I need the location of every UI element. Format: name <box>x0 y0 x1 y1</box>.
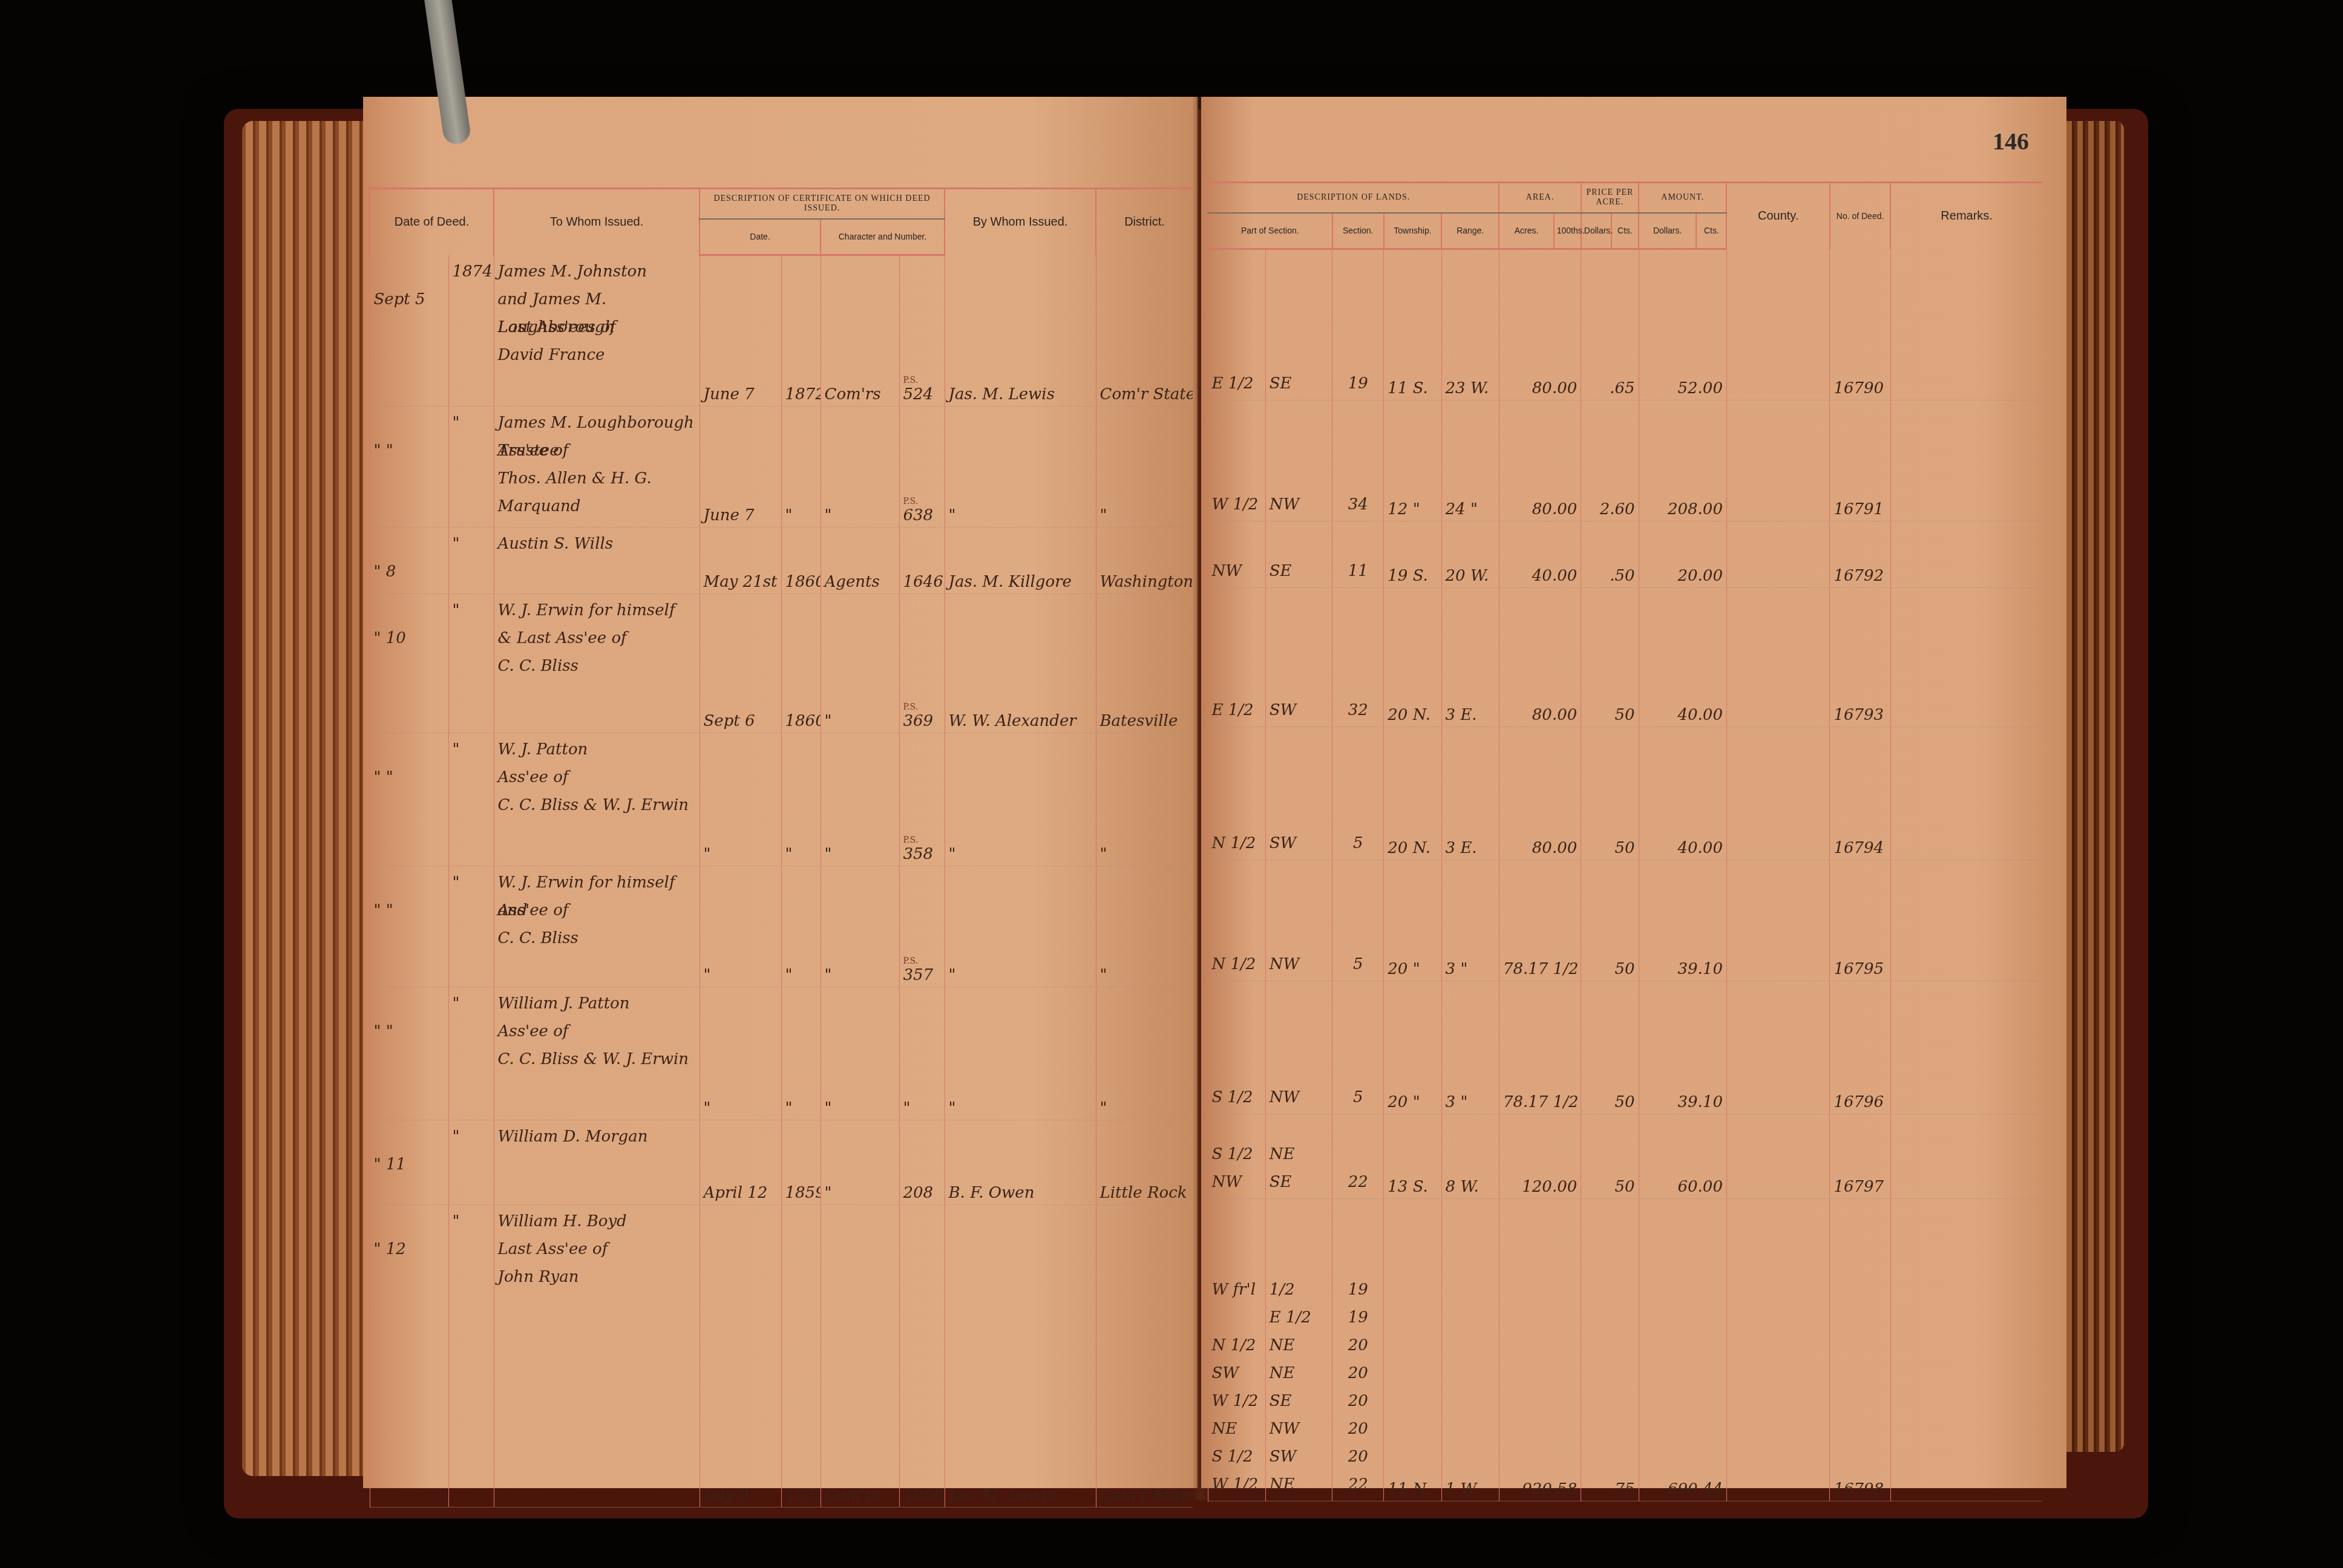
range: 1 W. <box>1441 1199 1499 1501</box>
amount: 208.00 <box>1639 400 1726 521</box>
deed-number: 16794 <box>1830 727 1890 860</box>
section-number: 19 <box>1332 249 1384 400</box>
acres: 120.00 <box>1499 1114 1581 1199</box>
deed-row: Sept 51874James M. Johnstonand James M. … <box>370 255 1193 407</box>
remarks <box>1890 860 2042 981</box>
amount: 39.10 <box>1639 860 1726 981</box>
grantee-line: Ass'ee of <box>498 897 696 924</box>
deed-row: " ""William J. PattonAss'ee ofC. C. Blis… <box>370 987 1193 1120</box>
cert-number: " <box>903 1099 911 1117</box>
district: Washington <box>1096 528 1193 594</box>
cert-year: 1860 <box>781 528 821 594</box>
part-of-section-quarter: NESE <box>1265 1114 1332 1199</box>
township: 11 N. <box>1384 1199 1441 1501</box>
header-area-group: Area. <box>1499 183 1581 213</box>
part-of-section-fraction: S 1/2 <box>1208 981 1265 1114</box>
district: " <box>1096 987 1193 1120</box>
deed-number: 16790 <box>1830 249 1890 400</box>
remarks <box>1890 249 2042 400</box>
deed-year: " <box>448 1205 494 1508</box>
deed-year: " <box>448 733 494 866</box>
acres: 920.58 <box>1499 1199 1581 1501</box>
deed-month: " 10 <box>370 594 448 733</box>
grantee-line: Last Ass'ees of <box>498 313 696 341</box>
header-section: Section. <box>1332 213 1384 249</box>
issued-by: W. W. Alexander <box>945 594 1096 733</box>
county <box>1726 400 1829 521</box>
district: Com'r State <box>1096 255 1193 407</box>
grantee-line: Ass'ee of <box>498 1018 696 1045</box>
amount: 40.00 <box>1639 727 1726 860</box>
cert-number-cell: 1856 <box>899 1205 945 1508</box>
land-row: W fr'lN 1/2SWW 1/2NES 1/2W 1/21/2E 1/2NE… <box>1208 1199 2042 1501</box>
grantee-line: and James M. Loughborough <box>498 286 696 313</box>
grantee-cell: W. J. Erwin for himself andAss'ee ofC. C… <box>494 866 700 987</box>
deed-row: " ""W. J. Erwin for himself andAss'ee of… <box>370 866 1193 987</box>
county <box>1726 249 1829 400</box>
header-county: County. <box>1726 183 1829 249</box>
header-district: District. <box>1096 189 1193 255</box>
cert-date: July 9 <box>700 1205 781 1508</box>
district: " <box>1096 733 1193 866</box>
cert-character: " <box>821 407 899 528</box>
cert-number: 1646 <box>903 573 943 591</box>
header-character-number: Character and Number. <box>821 219 945 255</box>
header-amount-cents: Cts. <box>1696 213 1726 249</box>
issued-by: Jas. M. Lewis <box>945 255 1096 407</box>
ps-mark: P.S. <box>903 835 941 845</box>
grantee-line: William D. Morgan <box>498 1123 696 1151</box>
grantee-cell: William H. BoydLast Ass'ee ofJohn Ryan <box>494 1205 700 1508</box>
cert-year: 1872 <box>781 255 821 407</box>
cert-number: 357 <box>903 966 934 984</box>
deed-month: " " <box>370 407 448 528</box>
header-remarks: Remarks. <box>1890 183 2042 249</box>
grantee-line: C. C. Bliss & W. J. Erwin <box>498 791 696 819</box>
township: 20 " <box>1384 860 1441 981</box>
amount: 60.00 <box>1639 1114 1726 1199</box>
land-row: S 1/2NWNESE2213 S.8 W.120.005060.0016797 <box>1208 1114 2042 1199</box>
deed-month: " 11 <box>370 1120 448 1205</box>
right-page: 146 Description of Lands. Area. Price Pe… <box>1201 97 2066 1488</box>
cert-number-cell: P.S.369 <box>899 594 945 733</box>
land-row: E 1/2SW3220 N.3 E.80.005040.0016793 <box>1208 588 2042 727</box>
county <box>1726 981 1829 1114</box>
price-per-acre: .75 <box>1581 1199 1639 1501</box>
deed-year: " <box>448 407 494 528</box>
header-price-cents: Cts. <box>1611 213 1639 249</box>
header-cert-date: Date. <box>700 219 821 255</box>
part-of-section-fraction: S 1/2NW <box>1208 1114 1265 1199</box>
grantee-line: William H. Boyd <box>498 1207 696 1235</box>
part-of-section-fraction: E 1/2 <box>1208 588 1265 727</box>
township: 20 N. <box>1384 727 1441 860</box>
remarks <box>1890 521 2042 588</box>
part-of-section-quarter: 1/2E 1/2NENESENWSWNE <box>1265 1199 1332 1501</box>
district: Batesville <box>1096 594 1193 733</box>
deed-year: " <box>448 1120 494 1205</box>
cert-number: 638 <box>903 506 934 524</box>
deed-certificate-table: Date of Deed. To Whom Issued. Descriptio… <box>369 188 1193 1508</box>
section-number: 1919202020202022 <box>1332 1199 1384 1501</box>
grantee-line: Ass'ee of <box>498 437 696 465</box>
deed-number: 16797 <box>1830 1114 1890 1199</box>
grantee-line: Ass'ee of <box>498 763 696 791</box>
grantee-line: & Last Ass'ee of <box>498 624 696 652</box>
header-to-whom-issued: To Whom Issued. <box>494 189 700 255</box>
part-of-section-quarter: NW <box>1265 400 1332 521</box>
deed-month: " " <box>370 733 448 866</box>
part-of-section-quarter: SE <box>1265 249 1332 400</box>
section-number: 5 <box>1332 981 1384 1114</box>
part-of-section-quarter: SW <box>1265 727 1332 860</box>
cert-number: 524 <box>903 385 934 403</box>
deed-month: " " <box>370 866 448 987</box>
price-per-acre: 50 <box>1581 727 1639 860</box>
cert-date: May 21st <box>700 528 781 594</box>
remarks <box>1890 1199 2042 1501</box>
cert-number-cell: " <box>899 987 945 1120</box>
amount: 39.10 <box>1639 981 1726 1114</box>
cert-date: April 12 <box>700 1120 781 1205</box>
part-of-section-fraction: W fr'lN 1/2SWW 1/2NES 1/2W 1/2 <box>1208 1199 1265 1501</box>
acres: 80.00 <box>1499 588 1581 727</box>
remarks <box>1890 400 2042 521</box>
header-amount-group: Amount. <box>1639 183 1726 213</box>
county <box>1726 521 1829 588</box>
range: 20 W. <box>1441 521 1499 588</box>
cert-character: " <box>821 866 899 987</box>
amount: 690.44 <box>1639 1199 1726 1501</box>
grantee-cell: James M. Loughborough TrusteeAss'ee ofTh… <box>494 407 700 528</box>
deed-year: " <box>448 528 494 594</box>
header-certificate-group: Description of Certificate on which Deed… <box>700 189 945 219</box>
district: Little Rock <box>1096 1120 1193 1205</box>
township: 20 " <box>1384 981 1441 1114</box>
ps-mark: P.S. <box>903 956 941 966</box>
header-lands-group: Description of Lands. <box>1208 183 1499 213</box>
grantee-cell: Austin S. Wills <box>494 528 700 594</box>
section-number: 5 <box>1332 860 1384 981</box>
land-row: N 1/2SW520 N.3 E.80.005040.0016794 <box>1208 727 2042 860</box>
grantee-cell: W. J. Erwin for himself& Last Ass'ee ofC… <box>494 594 700 733</box>
county <box>1726 588 1829 727</box>
cert-year: " <box>781 407 821 528</box>
remarks <box>1890 981 2042 1114</box>
grantee-line: Thos. Allen & H. G. Marquand <box>498 465 696 492</box>
deed-row: " 11"William D. MorganApril 121859"208B.… <box>370 1120 1193 1205</box>
range: 8 W. <box>1441 1114 1499 1199</box>
deed-row: " 10"W. J. Erwin for himself& Last Ass'e… <box>370 594 1193 733</box>
cert-number-cell: P.S.638 <box>899 407 945 528</box>
part-of-section-quarter: SE <box>1265 521 1332 588</box>
header-price-group: Price Per Acre. <box>1581 183 1639 213</box>
issued-by: Jas. M. Killgore <box>945 528 1096 594</box>
deed-month: " " <box>370 987 448 1120</box>
section-number: 34 <box>1332 400 1384 521</box>
range: 3 E. <box>1441 588 1499 727</box>
cert-date: " <box>700 987 781 1120</box>
grantee-line: W. J. Erwin for himself and <box>498 869 696 897</box>
header-price-dollars: Dollars. <box>1581 213 1611 249</box>
cert-year: 1859 <box>781 1120 821 1205</box>
township: 20 N. <box>1384 588 1441 727</box>
county <box>1726 1114 1829 1199</box>
issued-by: " <box>945 733 1096 866</box>
cert-number: 1856 <box>903 1486 943 1504</box>
cert-character: Com'rs <box>821 255 899 407</box>
range: 3 " <box>1441 860 1499 981</box>
grantee-line: C. C. Bliss <box>498 652 696 680</box>
price-per-acre: 50 <box>1581 981 1639 1114</box>
range: 23 W. <box>1441 249 1499 400</box>
right-page-edges <box>2063 121 2124 1452</box>
header-acres: Acres. <box>1499 213 1553 249</box>
land-row: N 1/2NW520 "3 "78.17 1/25039.1016795 <box>1208 860 2042 981</box>
part-of-section-fraction: NW <box>1208 521 1265 588</box>
grantee-line: C. C. Bliss <box>498 924 696 952</box>
header-range: Range. <box>1441 213 1499 249</box>
township: 11 S. <box>1384 249 1441 400</box>
range: 24 " <box>1441 400 1499 521</box>
ps-mark: P.S. <box>903 497 941 506</box>
header-part-of-section: Part of Section. <box>1208 213 1332 249</box>
section-number: 5 <box>1332 727 1384 860</box>
remarks <box>1890 727 2042 860</box>
left-page-edges <box>242 121 369 1476</box>
issued-by: Jas. M. Lewis <box>945 1205 1096 1508</box>
land-row: W 1/2NW3412 "24 "80.002.60208.0016791 <box>1208 400 2042 521</box>
amount: 20.00 <box>1639 521 1726 588</box>
grantee-cell: William J. PattonAss'ee ofC. C. Bliss & … <box>494 987 700 1120</box>
grantee-line: W. J. Patton <box>498 736 696 763</box>
county <box>1726 727 1829 860</box>
part-of-section-fraction: E 1/2 <box>1208 249 1265 400</box>
cert-number-cell: P.S.358 <box>899 733 945 866</box>
header-amount-dollars: Dollars. <box>1639 213 1696 249</box>
range: 3 " <box>1441 981 1499 1114</box>
deed-number: 16796 <box>1830 981 1890 1114</box>
header-hundredths: 100ths. <box>1554 213 1581 249</box>
part-of-section-fraction: N 1/2 <box>1208 727 1265 860</box>
district: " <box>1096 407 1193 528</box>
price-per-acre: 50 <box>1581 860 1639 981</box>
part-of-section-quarter: SW <box>1265 588 1332 727</box>
grantee-line: William J. Patton <box>498 990 696 1018</box>
left-page: Date of Deed. To Whom Issued. Descriptio… <box>363 97 1198 1488</box>
cert-character: " <box>821 594 899 733</box>
cert-year: " <box>781 733 821 866</box>
cert-year: 1860 <box>781 594 821 733</box>
land-row: NWSE1119 S.20 W.40.00.5020.0016792 <box>1208 521 2042 588</box>
cert-number: 208 <box>903 1184 934 1202</box>
range: 3 E. <box>1441 727 1499 860</box>
cert-year: " <box>781 987 821 1120</box>
deed-number: 16792 <box>1830 521 1890 588</box>
issued-by: " <box>945 407 1096 528</box>
part-of-section-quarter: NW <box>1265 981 1332 1114</box>
cert-character: Com'rs <box>821 1205 899 1508</box>
deed-number: 16793 <box>1830 588 1890 727</box>
cert-character: " <box>821 733 899 866</box>
price-per-acre: 2.60 <box>1581 400 1639 521</box>
ps-mark: P.S. <box>903 702 941 712</box>
cert-date: June 7 <box>700 255 781 407</box>
deed-number: 16791 <box>1830 400 1890 521</box>
township: 13 S. <box>1384 1114 1441 1199</box>
grantee-cell: W. J. PattonAss'ee ofC. C. Bliss & W. J.… <box>494 733 700 866</box>
cert-character: Agents <box>821 528 899 594</box>
district: " <box>1096 866 1193 987</box>
cert-year: 1872 <box>781 1205 821 1508</box>
grantee-line: John Ryan <box>498 1263 696 1291</box>
cert-date: " <box>700 733 781 866</box>
cert-date: " <box>700 866 781 987</box>
township: 19 S. <box>1384 521 1441 588</box>
cert-year: " <box>781 866 821 987</box>
grantee-line: Last Ass'ee of <box>498 1235 696 1263</box>
acres: 80.00 <box>1499 249 1581 400</box>
issued-by: " <box>945 866 1096 987</box>
amount: 52.00 <box>1639 249 1726 400</box>
section-number: 11 <box>1332 521 1384 588</box>
deed-month: " 12 <box>370 1205 448 1508</box>
county <box>1726 860 1829 981</box>
amount: 40.00 <box>1639 588 1726 727</box>
price-per-acre: .50 <box>1581 521 1639 588</box>
acres: 40.00 <box>1499 521 1581 588</box>
township: 12 " <box>1384 400 1441 521</box>
deed-number: 16795 <box>1830 860 1890 981</box>
cert-date: Sept 6 <box>700 594 781 733</box>
section-number: 32 <box>1332 588 1384 727</box>
grantee-line: C. C. Bliss & W. J. Erwin <box>498 1045 696 1073</box>
deed-number: 16798 <box>1830 1199 1890 1501</box>
cert-character: " <box>821 987 899 1120</box>
part-of-section-quarter: NW <box>1265 860 1332 981</box>
cert-number-cell: 1646 <box>899 528 945 594</box>
grantee-line: James M. Johnston <box>498 258 696 286</box>
cert-number-cell: 208 <box>899 1120 945 1205</box>
acres: 78.17 1/2 <box>1499 981 1581 1114</box>
grantee-cell: William D. Morgan <box>494 1120 700 1205</box>
district: Com'r State <box>1096 1205 1193 1508</box>
cert-date: June 7 <box>700 407 781 528</box>
county <box>1726 1199 1829 1501</box>
deed-year: 1874 <box>448 255 494 407</box>
deed-month: " 8 <box>370 528 448 594</box>
price-per-acre: .65 <box>1581 249 1639 400</box>
part-of-section-fraction: W 1/2 <box>1208 400 1265 521</box>
cert-character: " <box>821 1120 899 1205</box>
deed-month: Sept 5 <box>370 255 448 407</box>
grantee-line: W. J. Erwin for himself <box>498 596 696 624</box>
acres: 80.00 <box>1499 727 1581 860</box>
issued-by: " <box>945 987 1096 1120</box>
grantee-line: Austin S. Wills <box>498 530 696 558</box>
land-row: S 1/2NW520 "3 "78.17 1/25039.1016796 <box>1208 981 2042 1114</box>
land-description-table: Description of Lands. Area. Price Per Ac… <box>1207 181 2042 1501</box>
deed-row: " ""W. J. PattonAss'ee ofC. C. Bliss & W… <box>370 733 1193 866</box>
remarks <box>1890 1114 2042 1199</box>
header-deed-number: No. of Deed. <box>1830 183 1890 249</box>
acres: 80.00 <box>1499 400 1581 521</box>
deed-year: " <box>448 866 494 987</box>
grantee-line: James M. Loughborough Trustee <box>498 409 696 437</box>
cert-number-cell: P.S.524 <box>899 255 945 407</box>
grantee-cell: James M. Johnstonand James M. Loughborou… <box>494 255 700 407</box>
cert-number-cell: P.S.357 <box>899 866 945 987</box>
header-by-whom-issued: By Whom Issued. <box>945 189 1096 255</box>
cert-number: 358 <box>903 845 934 863</box>
deed-year: " <box>448 987 494 1120</box>
header-date-of-deed: Date of Deed. <box>370 189 494 255</box>
ps-mark: P.S. <box>903 376 941 385</box>
part-of-section-fraction: N 1/2 <box>1208 860 1265 981</box>
price-per-acre: 50 <box>1581 588 1639 727</box>
section-number: 22 <box>1332 1114 1384 1199</box>
grantee-line: David France <box>498 341 696 369</box>
price-per-acre: 50 <box>1581 1114 1639 1199</box>
header-township: Township. <box>1384 213 1441 249</box>
deed-row: " ""James M. Loughborough TrusteeAss'ee … <box>370 407 1193 528</box>
deed-row: " 12"William H. BoydLast Ass'ee ofJohn R… <box>370 1205 1193 1508</box>
deed-year: " <box>448 594 494 733</box>
land-row: E 1/2SE1911 S.23 W.80.00.6552.0016790 <box>1208 249 2042 400</box>
acres: 78.17 1/2 <box>1499 860 1581 981</box>
cert-number: 369 <box>903 712 934 730</box>
issued-by: B. F. Owen <box>945 1120 1096 1205</box>
deed-row: " 8"Austin S. WillsMay 21st1860Agents164… <box>370 528 1193 594</box>
remarks <box>1890 588 2042 727</box>
page-number: 146 <box>1993 127 2029 155</box>
